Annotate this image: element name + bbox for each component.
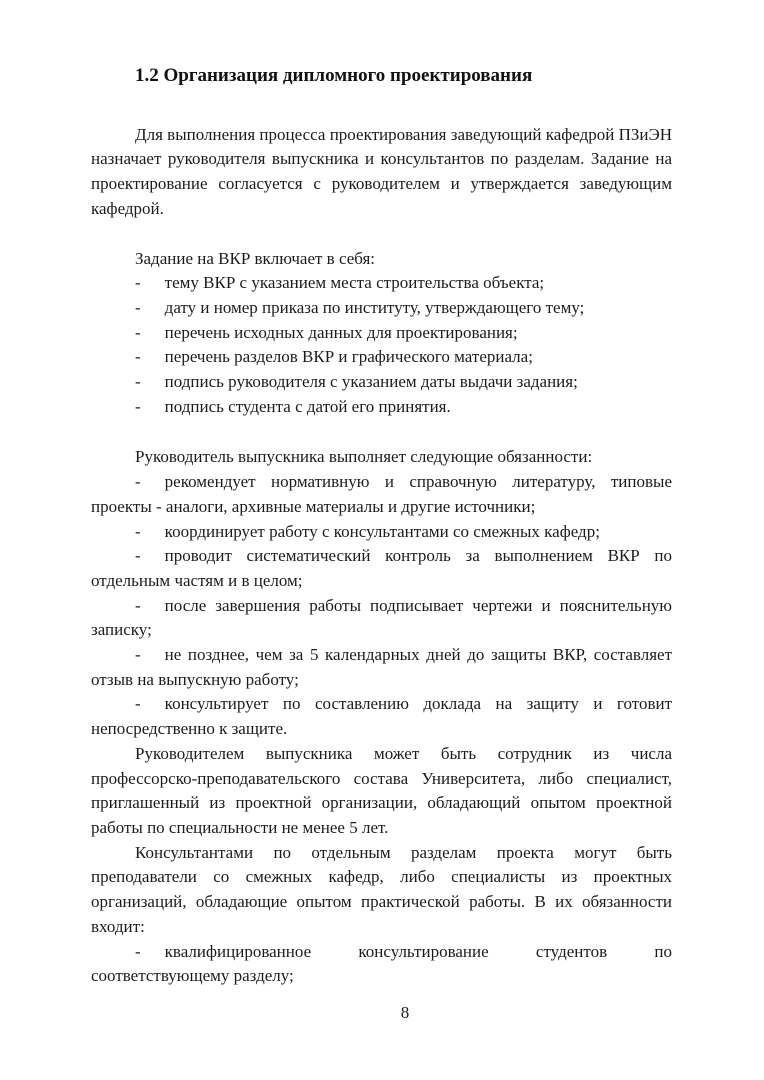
list-tab-spacer bbox=[141, 361, 165, 362]
list-dash: - bbox=[135, 942, 141, 961]
list-tab-spacer bbox=[141, 610, 165, 611]
list-dash: - bbox=[135, 372, 141, 391]
list-item-text: перечень исходных данных для проектирова… bbox=[165, 323, 518, 342]
list-dash: - bbox=[135, 347, 141, 366]
list-tab-spacer bbox=[141, 536, 165, 537]
paragraph-supervisor-eligibility: Руководителем выпускника может быть сотр… bbox=[91, 742, 672, 841]
list-item-text: рекомендует нормативную и справочную лит… bbox=[91, 472, 672, 516]
list-tab-spacer bbox=[141, 287, 165, 288]
list-dash: - bbox=[135, 472, 141, 491]
list-item-text: проводит систематический контроль за вып… bbox=[91, 546, 672, 590]
list1-intro: Задание на ВКР включает в себя: bbox=[91, 247, 672, 272]
list-item-text: консультирует по составлению доклада на … bbox=[91, 694, 672, 738]
list-item: -после завершения работы подписывает чер… bbox=[91, 594, 672, 643]
list-item: -дату и номер приказа по институту, утве… bbox=[91, 296, 672, 321]
list-dash: - bbox=[135, 397, 141, 416]
paragraph-intro-organization: Для выполнения процесса проектирования з… bbox=[91, 123, 672, 222]
list-item-text: не позднее, чем за 5 календарных дней до… bbox=[91, 645, 672, 689]
list-dash: - bbox=[135, 323, 141, 342]
list-item-text: подпись студента с датой его принятия. bbox=[165, 397, 451, 416]
list-item: -подпись студента с датой его принятия. bbox=[91, 395, 672, 420]
list-tab-spacer bbox=[141, 560, 165, 561]
list2-intro: Руководитель выпускника выполняет следую… bbox=[91, 445, 672, 470]
list-item: -подпись руководителя с указанием даты в… bbox=[91, 370, 672, 395]
list-tab-spacer bbox=[141, 956, 165, 957]
list-item: -рекомендует нормативную и справочную ли… bbox=[91, 470, 672, 519]
list-item-text: тему ВКР с указанием места строительства… bbox=[165, 273, 545, 292]
list-item-text: дату и номер приказа по институту, утвер… bbox=[165, 298, 585, 317]
list-item: -координирует работу с консультантами со… bbox=[91, 520, 672, 545]
list-item: -тему ВКР с указанием места строительств… bbox=[91, 271, 672, 296]
supervisor-duties-list: -рекомендует нормативную и справочную ли… bbox=[91, 470, 672, 742]
list-tab-spacer bbox=[141, 386, 165, 387]
document-page: 1.2 Организация дипломного проектировани… bbox=[0, 0, 764, 1080]
list-dash: - bbox=[135, 546, 141, 565]
paragraph-consultants: Консультантами по отдельным разделам про… bbox=[91, 841, 672, 940]
list-tab-spacer bbox=[141, 659, 165, 660]
list-item: -консультирует по составлению доклада на… bbox=[91, 692, 672, 741]
list-tab-spacer bbox=[141, 337, 165, 338]
list-item-text: подпись руководителя с указанием даты вы… bbox=[165, 372, 578, 391]
list-item-text: квалифицированное консультирование студе… bbox=[91, 942, 672, 986]
list-dash: - bbox=[135, 298, 141, 317]
page-number: 8 bbox=[23, 1001, 764, 1026]
list-item-text: координирует работу с консультантами со … bbox=[165, 522, 600, 541]
task-contents-list: -тему ВКР с указанием места строительств… bbox=[91, 271, 672, 419]
list-tab-spacer bbox=[141, 486, 165, 487]
list-tab-spacer bbox=[141, 708, 165, 709]
list-dash: - bbox=[135, 596, 141, 615]
list-item: -проводит систематический контроль за вы… bbox=[91, 544, 672, 593]
list-item: -перечень исходных данных для проектиров… bbox=[91, 321, 672, 346]
consultant-duties-list: -квалифицированное консультирование студ… bbox=[91, 940, 672, 989]
list-dash: - bbox=[135, 694, 141, 713]
list-item-text: перечень разделов ВКР и графического мат… bbox=[165, 347, 533, 366]
list-tab-spacer bbox=[141, 312, 165, 313]
list-item: -не позднее, чем за 5 календарных дней д… bbox=[91, 643, 672, 692]
list-tab-spacer bbox=[141, 411, 165, 412]
list-dash: - bbox=[135, 522, 141, 541]
list-dash: - bbox=[135, 645, 141, 664]
section-heading: 1.2 Организация дипломного проектировани… bbox=[91, 64, 672, 89]
list-item-text: после завершения работы подписывает черт… bbox=[91, 596, 672, 640]
list-item: -квалифицированное консультирование студ… bbox=[91, 940, 672, 989]
list-item: -перечень разделов ВКР и графического ма… bbox=[91, 345, 672, 370]
list-dash: - bbox=[135, 273, 141, 292]
